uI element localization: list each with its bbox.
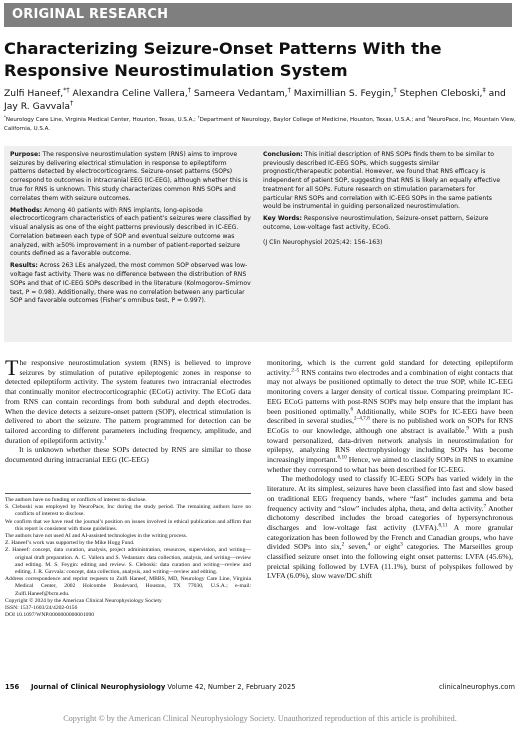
reference-link[interactable]: 8,11 (439, 522, 448, 528)
copyright-notice: Copyright © by the American Clinical Neu… (0, 714, 520, 723)
author-name: Stephen Cleboski, (397, 88, 483, 99)
abstract-keywords: Key Words: Responsive neurostimulation, … (263, 215, 506, 232)
author-name: Zulfi Haneef, (4, 88, 63, 99)
body-paragraph: monitoring, which is the current gold st… (267, 358, 513, 474)
footnote-divider (5, 493, 251, 494)
conclusion-label: Conclusion: (263, 151, 303, 158)
author-name: Alexandra Celine Vallera, (70, 88, 188, 99)
footnote-correspondence: Address correspondence and reprint reque… (5, 576, 251, 598)
body-paragraph: It is unknown whether these SOPs detecte… (5, 445, 251, 464)
page-number: 156 (5, 681, 31, 693)
methods-label: Methods: (10, 207, 42, 214)
footnote-contributions: Z. Haneef: concept, data curation, analy… (5, 547, 251, 576)
journal-website-link[interactable]: clinicalneurophys.com (439, 681, 515, 693)
reference-link[interactable]: 6,10 (337, 455, 346, 461)
abstract-purpose: Purpose: The responsive neurostimulation… (10, 151, 253, 203)
body-paragraph: The responsive neurostimulation system (… (5, 358, 251, 445)
paragraph-text: he responsive neurostimulation system (R… (5, 358, 251, 445)
paragraph-text: seven, (344, 542, 367, 551)
author-affil-mark: † (70, 98, 73, 106)
reference-link[interactable]: 2–5 (291, 367, 299, 373)
methods-text: Among 40 patients with RNS implants, lon… (10, 207, 251, 258)
author-name: Maximillian S. Feygin, (291, 88, 394, 99)
journal-name: Journal of Clinical Neurophysiology (31, 683, 165, 691)
author-list: Zulfi Haneef,*† Alexandra Celine Vallera… (4, 88, 514, 113)
journal-citation: (J Clin Neurophysiol 2025;42: 156–163) (263, 239, 506, 248)
conclusion-text: This initial description of RNS SOPs fin… (263, 151, 500, 210)
abstract-column-left: Purpose: The responsive neurostimulation… (10, 151, 253, 337)
results-label: Results: (10, 262, 38, 269)
body-paragraph: The methodology used to classify IC-EEG … (267, 474, 513, 581)
footnote: The authors have no funding or conflicts… (5, 497, 251, 504)
purpose-text: The responsive neurostimulation system (… (10, 151, 248, 202)
article-title: Characterizing Seizure-Onset Patterns Wi… (4, 38, 514, 82)
keywords-label: Key Words: (263, 215, 302, 222)
footnote-issn: ISSN: 1537-1603/24/4202-0156 (5, 605, 251, 612)
abstract-conclusion: Conclusion: This initial description of … (263, 151, 506, 212)
footnote-doi[interactable]: DOI 10.1097/WNP.0000000000001090 (5, 612, 251, 619)
section-label-banner: ORIGINAL RESEARCH (4, 3, 512, 27)
page-footer: 156Journal of Clinical Neurophysiology V… (5, 681, 515, 693)
journal-issue: Volume 42, Number 2, February 2025 (165, 683, 295, 691)
abstract-methods: Methods: Among 40 patients with RNS impl… (10, 207, 253, 259)
body-column-left: The responsive neurostimulation system (… (5, 358, 251, 478)
body-column-right: monitoring, which is the current gold st… (267, 358, 513, 668)
reference-link[interactable]: 2–4,7,8 (354, 416, 370, 422)
abstract-column-right: Conclusion: This initial description of … (263, 151, 506, 337)
affiliation-text: Neurology Care Line, Virginia Medical Ce… (6, 117, 198, 123)
abstract-box: Purpose: The responsive neurostimulation… (4, 146, 512, 342)
drop-cap: T (5, 359, 18, 377)
author-name: Sameera Vedantam, (191, 88, 288, 99)
reference-link[interactable]: 1 (104, 435, 107, 441)
paragraph-text: or eight (370, 542, 400, 551)
affiliation-text: Department of Neurology, Baylor College … (200, 117, 428, 123)
footnotes: The authors have no funding or conflicts… (5, 497, 251, 619)
results-text: Across 263 LEs analyzed, the most common… (10, 262, 251, 304)
paragraph-text: The methodology used to classify IC-EEG … (267, 474, 513, 512)
purpose-label: Purpose: (10, 151, 41, 158)
footnote-copyright: Copyright © 2024 by the American Clinica… (5, 598, 251, 605)
abstract-results: Results: Across 263 LEs analyzed, the mo… (10, 262, 253, 306)
affiliations: *Neurology Care Line, Virginia Medical C… (4, 116, 516, 133)
footnote: We confirm that we have read the journal… (5, 519, 251, 533)
footnote: S. Cleboski was employed by NeuroPace, I… (5, 504, 251, 518)
